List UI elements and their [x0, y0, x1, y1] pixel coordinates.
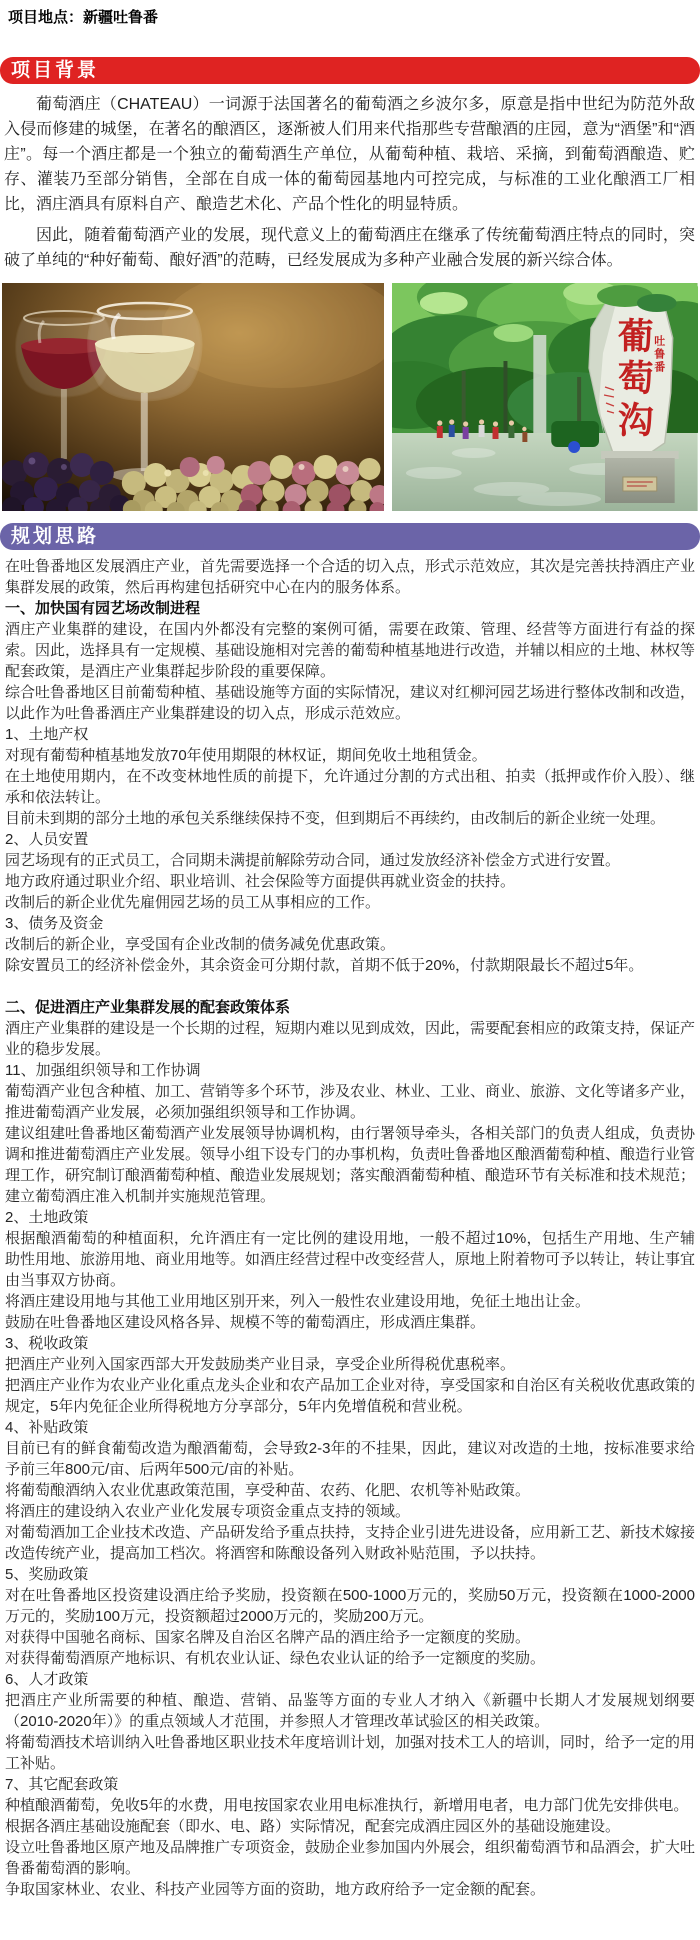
- text-line: 将葡萄酒技术培训纳入吐鲁番地区职业技术年度培训计划，加强对技术工人的培训，同时，…: [5, 1732, 695, 1774]
- text-line: 综合吐鲁番地区目前葡萄种植、基础设施等方面的实际情况，建议对红柳河园艺场进行整体…: [5, 682, 695, 724]
- text-line: 对现有葡萄种植基地发放70年使用期限的林权证，期间免收土地租赁金。: [5, 745, 695, 766]
- text-line: 争取国家林业、农业、科技产业园等方面的资助，地方政府给予一定金额的配套。: [5, 1879, 695, 1900]
- text-line: 5、奖励政策: [5, 1564, 695, 1585]
- text-line: 3、税收政策: [5, 1333, 695, 1354]
- background-paragraphs: 葡萄酒庄（CHATEAU）一词源于法国著名的葡萄酒之乡波尔多，原意是指中世纪为防…: [0, 84, 700, 273]
- section-bar-background-title: 项目背景: [11, 60, 99, 81]
- stone-inscription: 葡萄沟: [614, 317, 655, 443]
- text-line: 把酒庄产业作为农业产业化重点龙头企业和农产品加工企业对待，享受国家和自治区有关税…: [5, 1375, 695, 1417]
- spacer: [5, 976, 695, 997]
- photo-row: 葡萄沟 吐鲁番: [0, 279, 700, 511]
- section-bar-background: 项目背景: [0, 57, 700, 84]
- text-line: 2、土地政策: [5, 1207, 695, 1228]
- text-line: 建议组建吐鲁番地区葡萄酒产业发展领导协调机构，由行署领导牵头，各相关部门的负责人…: [5, 1123, 695, 1207]
- text-line: 在吐鲁番地区发展酒庄产业，首先需要选择一个合适的切入点，形式示范效应，其次是完善…: [5, 556, 695, 598]
- text-line: 改制后的新企业，享受国有企业改制的债务减免优惠政策。: [5, 934, 695, 955]
- text-line: 把酒庄产业列入国家西部大开发鼓励类产业目录，享受企业所得税优惠税率。: [5, 1354, 695, 1375]
- text-line: 改制后的新企业优先雇佣园艺场的员工从事相应的工作。: [5, 892, 695, 913]
- text-line: 在土地使用期内，在不改变林地性质的前提下，允许通过分割的方式出租、拍卖（抵押或作…: [5, 766, 695, 808]
- text-line: 对获得中国驰名商标、国家名牌及自治区名牌产品的酒庄给予一定额度的奖励。: [5, 1627, 695, 1648]
- text-line: 将酒庄建设用地与其他工业用地区别开来，列入一般性农业建设用地，免征土地出让金。: [5, 1291, 695, 1312]
- text-line: 对在吐鲁番地区投资建设酒庄给予奖励，投资额在500-1000万元的，奖励50万元…: [5, 1585, 695, 1627]
- photo-grape-valley: 葡萄沟 吐鲁番: [392, 283, 698, 511]
- text-line: 酒庄产业集群的建设是一个长期的过程，短期内难以见到成效，因此，需要配套相应的政策…: [5, 1018, 695, 1060]
- text-line: 根据酿酒葡萄的种植面积，允许酒庄有一定比例的建设用地，一般不超过10%，包括生产…: [5, 1228, 695, 1291]
- pedestal-plaque: [623, 477, 657, 491]
- text-line: 设立吐鲁番地区原产地及品牌推广专项资金，鼓励企业参加国内外展会，组织葡萄酒节和品…: [5, 1837, 695, 1879]
- blue-object: [569, 441, 581, 453]
- text-line: 对获得葡萄酒原产地标识、有机农业认证、绿色农业认证的给予一定额度的奖励。: [5, 1648, 695, 1669]
- text-line: 目前已有的鲜食葡萄改造为酿酒葡萄，会导致2-3年的不挂果，因此，建议对改造的土地…: [5, 1438, 695, 1480]
- text-line: 园艺场现有的正式员工，合同期未满提前解除劳动合同，通过发放经济补偿金方式进行安置…: [5, 850, 695, 871]
- text-line: 1、土地产权: [5, 724, 695, 745]
- planning-blocks: 在吐鲁番地区发展酒庄产业，首先需要选择一个合适的切入点，形式示范效应，其次是完善…: [0, 550, 700, 1900]
- photo-wine-glasses: [2, 283, 384, 511]
- text-line: 鼓励在吐鲁番地区建设风格各异、规模不等的葡萄酒庄，形成酒庄集群。: [5, 1312, 695, 1333]
- text-line: 根据各酒庄基础设施配套（即水、电、路）实际情况，配套完成酒庄园区外的基础设施建设…: [5, 1816, 695, 1837]
- paragraph: 因此，随着葡萄酒产业的发展，现代意义上的葡萄酒庄在继承了传统葡萄酒庄特点的同时，…: [4, 223, 695, 273]
- text-line: 7、其它配套政策: [5, 1774, 695, 1795]
- text-line: 种植酿酒葡萄，免收5年的水费，用电按国家农业用电标准执行，新增用电者，电力部门优…: [5, 1795, 695, 1816]
- text-line: 地方政府通过职业介绍、职业培训、社会保险等方面提供再就业资金的扶持。: [5, 871, 695, 892]
- text-line: 4、补贴政策: [5, 1417, 695, 1438]
- paragraph: 葡萄酒庄（CHATEAU）一词源于法国著名的葡萄酒之乡波尔多，原意是指中世纪为防…: [4, 92, 695, 217]
- stone-small-inscription: 吐鲁番: [653, 334, 665, 374]
- text-line: 将酒庄的建设纳入农业产业化发展专项资金重点支持的领域。: [5, 1501, 695, 1522]
- section-heading: 二、促进酒庄产业集群发展的配套政策体系: [5, 997, 695, 1018]
- text-line: 将葡萄酿酒纳入农业优惠政策范围，享受种苗、农药、化肥、农机等补贴政策。: [5, 1480, 695, 1501]
- project-location-label: 项目地点：新疆吐鲁番: [0, 0, 700, 27]
- section-heading: 一、加快国有园艺场改制进程: [5, 598, 695, 619]
- text-line: 6、人才政策: [5, 1669, 695, 1690]
- pedestal-lip: [601, 451, 679, 459]
- section-bar-planning-title: 规划思路: [11, 526, 99, 547]
- text-line: 3、债务及资金: [5, 913, 695, 934]
- text-line: 2、人员安置: [5, 829, 695, 850]
- text-line: 除安置员工的经济补偿金外，其余资金可分期付款，首期不低于20%，付款期限最长不超…: [5, 955, 695, 976]
- text-line: 11、加强组织领导和工作协调: [5, 1060, 695, 1081]
- text-line: 葡萄酒产业包含种植、加工、营销等多个环节，涉及农业、林业、工业、商业、旅游、文化…: [5, 1081, 695, 1123]
- text-line: 对葡萄酒加工企业技术改造、产品研发给予重点扶持，支持企业引进先进设备，应用新工艺…: [5, 1522, 695, 1564]
- text-line: 目前未到期的部分土地的承包关系继续保持不变，但到期后不再续约，由改制后的新企业统…: [5, 808, 695, 829]
- text-line: 酒庄产业集群的建设，在国内外都没有完整的案例可循，需要在政策、管理、经营等方面进…: [5, 619, 695, 682]
- section-bar-planning: 规划思路: [0, 523, 700, 550]
- text-line: 把酒庄产业所需要的种植、酿造、营销、品鉴等方面的专业人才纳入《新疆中长期人才发展…: [5, 1690, 695, 1732]
